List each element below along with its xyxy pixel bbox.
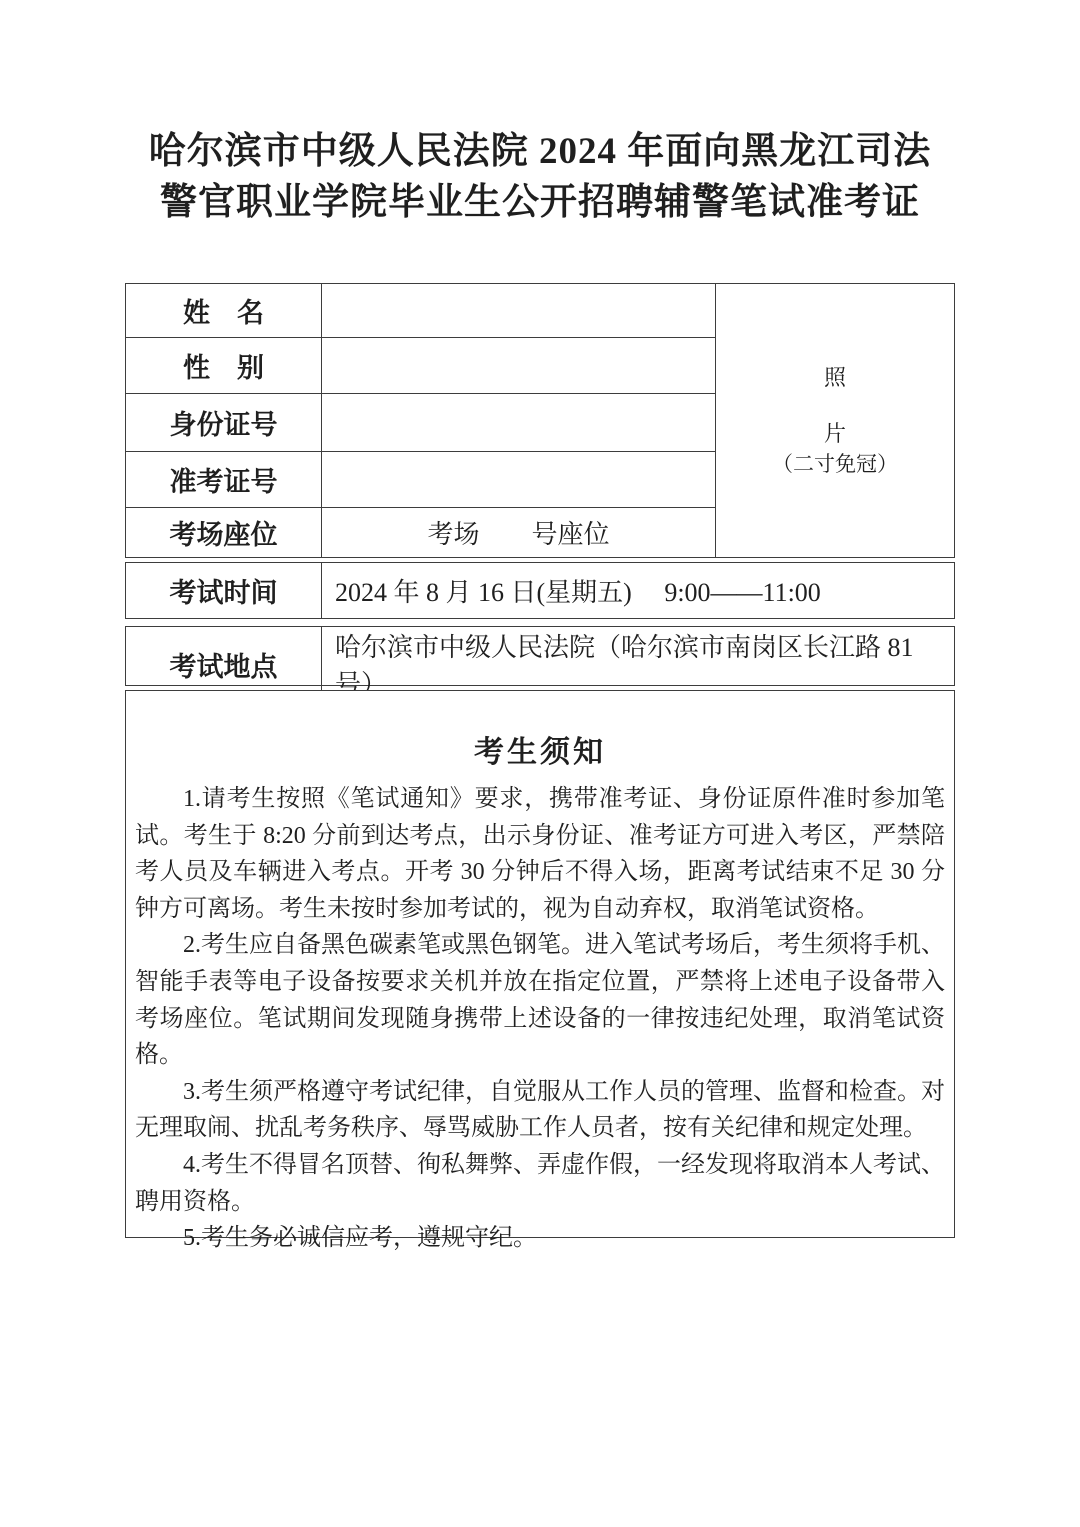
title-line-1: 哈尔滨市中级人民法院 2024 年面向黑龙江司法	[0, 126, 1080, 177]
notice-heading: 考生须知	[135, 727, 945, 771]
candidate-info-table: 姓 名 性 别 身份证号 准考证号 考场座位 考场 号座位 照 片 （二寸免冠）	[125, 283, 955, 558]
notice-item-3: 3.考生须严格遵守考试纪律，自觉服从工作人员的管理、监督和检查。对无理取闹、扰乱…	[135, 1074, 945, 1147]
document-title: 哈尔滨市中级人民法院 2024 年面向黑龙江司法 警官职业学院毕业生公开招聘辅警…	[0, 126, 1080, 228]
notice-item-1: 1.请考生按照《笔试通知》要求，携带准考证、身份证原件准时参加笔试。考生于 8:…	[135, 781, 945, 927]
name-label: 姓 名	[126, 284, 322, 338]
notice-box: 考生须知 1.请考生按照《笔试通知》要求，携带准考证、身份证原件准时参加笔试。考…	[125, 690, 955, 1238]
notice-item-4: 4.考生不得冒名顶替、徇私舞弊、弄虚作假，一经发现将取消本人考试、聘用资格。	[135, 1147, 945, 1220]
exam-location-row: 考试地点 哈尔滨市中级人民法院（哈尔滨市南岗区长江路 81 号）	[125, 626, 955, 686]
id-number-value-cell	[322, 394, 716, 452]
exam-time-label: 考试时间	[126, 563, 322, 618]
ticket-number-label: 准考证号	[126, 452, 322, 508]
photo-label-line-2: 片	[824, 420, 846, 448]
photo-placeholder: 照 片 （二寸免冠）	[716, 284, 954, 557]
exam-time-row: 考试时间 2024 年 8 月 16 日(星期五) 9:00——11:00	[125, 562, 955, 619]
exam-time-value: 2024 年 8 月 16 日(星期五) 9:00——11:00	[322, 563, 954, 618]
notice-item-2: 2.考生应自备黑色碳素笔或黑色钢笔。进入笔试考场后，考生须将手机、智能手表等电子…	[135, 927, 945, 1073]
seat-label: 考场座位	[126, 508, 322, 557]
gender-value-cell	[322, 338, 716, 394]
id-number-label: 身份证号	[126, 394, 322, 452]
photo-label-line-1: 照	[824, 364, 846, 392]
seat-value-cell: 考场 号座位	[322, 508, 716, 557]
name-value-cell	[322, 284, 716, 338]
photo-size-note: （二寸免冠）	[772, 450, 898, 478]
notice-item-5: 5.考生务必诚信应考，遵规守纪。	[135, 1220, 945, 1257]
admission-ticket-page: 哈尔滨市中级人民法院 2024 年面向黑龙江司法 警官职业学院毕业生公开招聘辅警…	[0, 0, 1080, 1527]
title-line-2: 警官职业学院毕业生公开招聘辅警笔试准考证	[0, 177, 1080, 228]
ticket-number-value-cell	[322, 452, 716, 508]
gender-label: 性 别	[126, 338, 322, 394]
